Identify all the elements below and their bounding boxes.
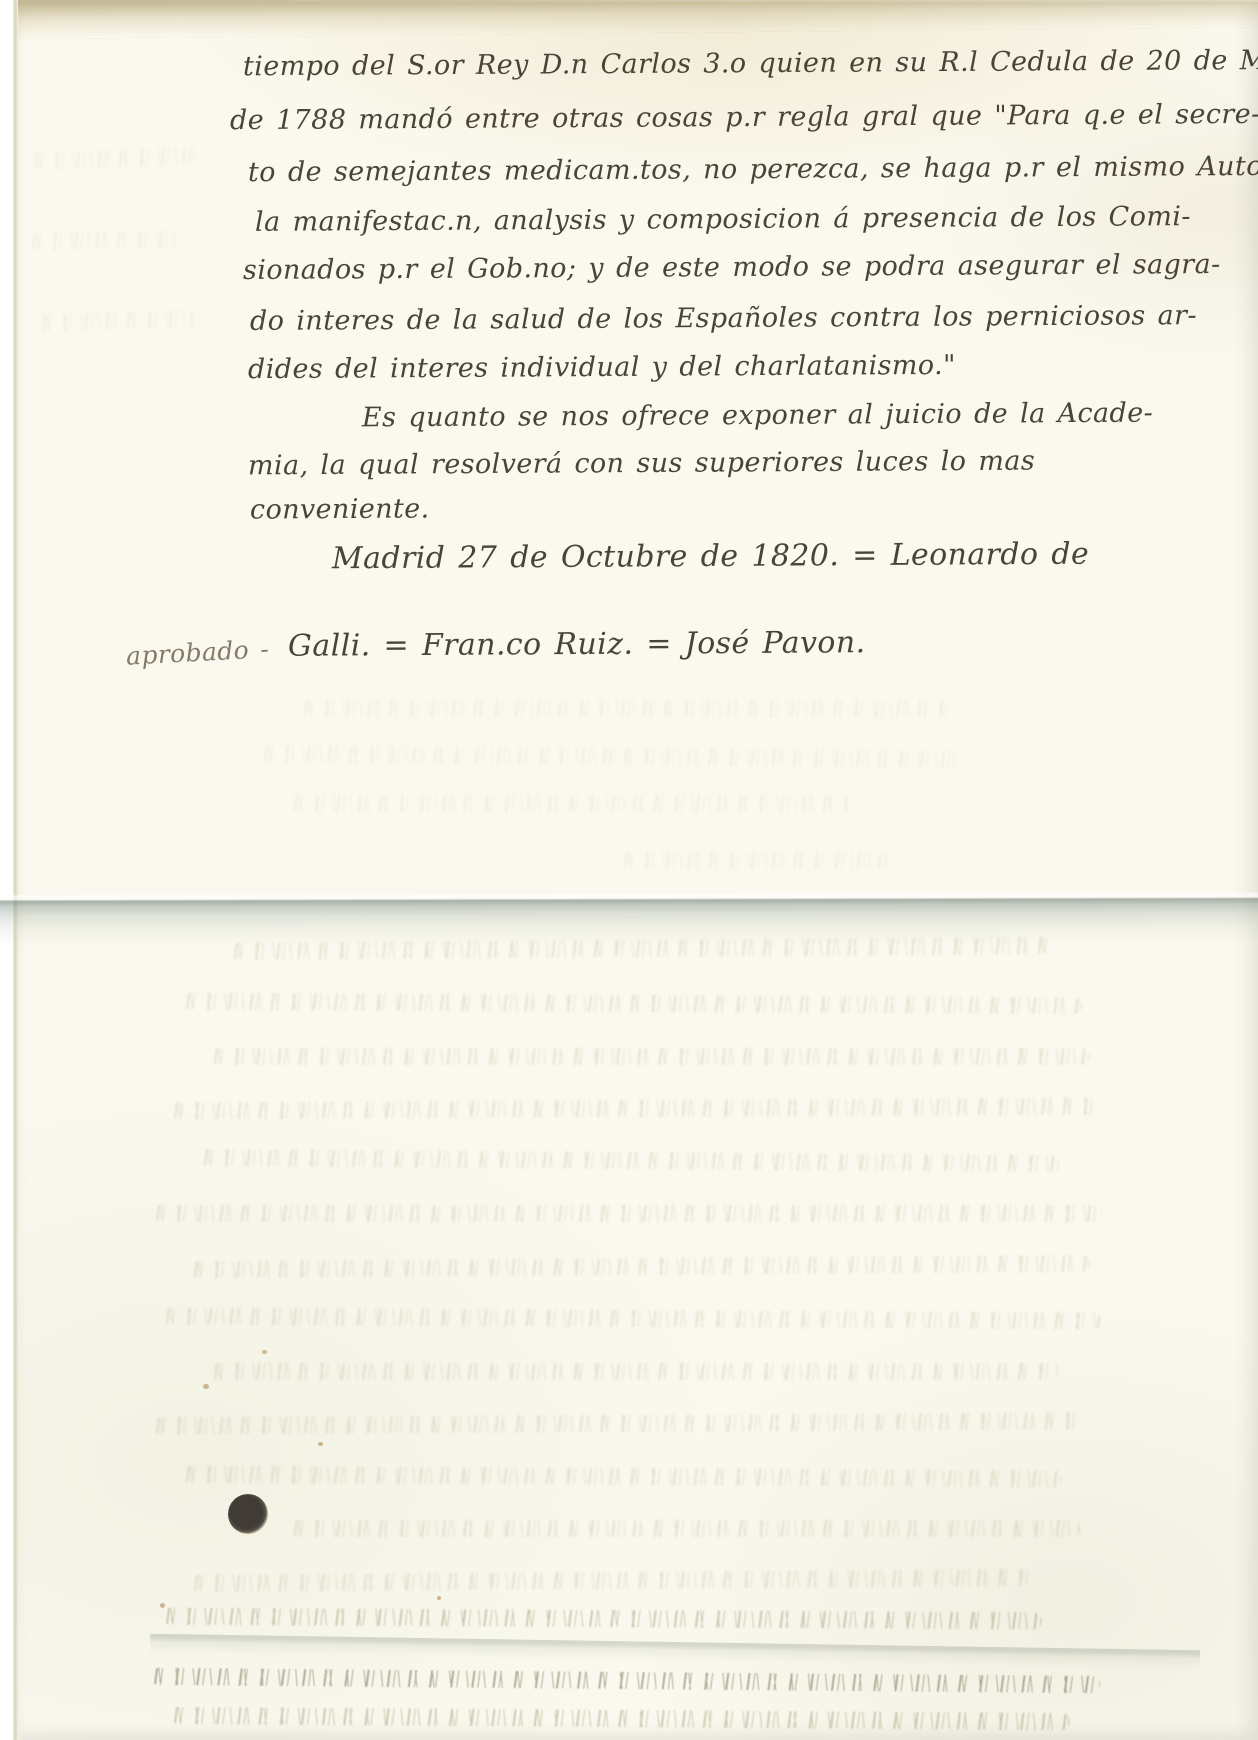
manuscript-line: la manifestac.n, analysis y composicion …: [255, 203, 1191, 236]
punch-hole: [228, 1494, 268, 1534]
bleedthrough-line: [290, 795, 850, 812]
bleedthrough-line: [620, 852, 900, 869]
stain-speck: [262, 1350, 267, 1354]
manuscript-line: Es quanto se nos ofrece exponer al juici…: [362, 400, 1153, 432]
manuscript-line: de 1788 mandó entre otras cosas p.r regl…: [230, 101, 1258, 134]
bleedthrough-line: [210, 1363, 1060, 1380]
stain-speck: [203, 1384, 209, 1389]
manuscript-line: to de semejantes medicam.tos, no perezca…: [248, 153, 1258, 186]
bleedthrough-line: [300, 700, 950, 717]
manuscript-line: sionados p.r el Gob.no; y de este modo s…: [243, 251, 1221, 284]
manuscript-line: do interes de la salud de los Españoles …: [250, 302, 1197, 335]
bleedthrough-line: [28, 231, 178, 251]
bleedthrough-line: [210, 1048, 1090, 1065]
bleedthrough-line: [152, 1205, 1102, 1222]
stain-speck: [160, 1603, 165, 1608]
bleedthrough-line: [290, 1520, 1080, 1537]
manuscript-line: tiempo del S.or Rey D.n Carlos 3.o quien…: [243, 47, 1258, 81]
paper-edge-left: [10, 0, 24, 1740]
manuscript-line: mia, la qual resolverá con sus superiore…: [248, 448, 1035, 480]
margin-annotation: aprobado -: [125, 636, 269, 668]
stain-speck: [437, 1596, 441, 1600]
manuscript-line: conveniente.: [250, 495, 430, 523]
manuscript-line: dides del interes individual y del charl…: [248, 352, 956, 383]
scanned-document-page: tiempo del S.or Rey D.n Carlos 3.o quien…: [0, 0, 1258, 1740]
stain-speck: [318, 1442, 323, 1446]
manuscript-dateline: Madrid 27 de Octubre de 1820. = Leonardo…: [332, 540, 1089, 575]
signature-line: Galli. = Fran.co Ruiz. = José Pavon.: [288, 628, 866, 662]
